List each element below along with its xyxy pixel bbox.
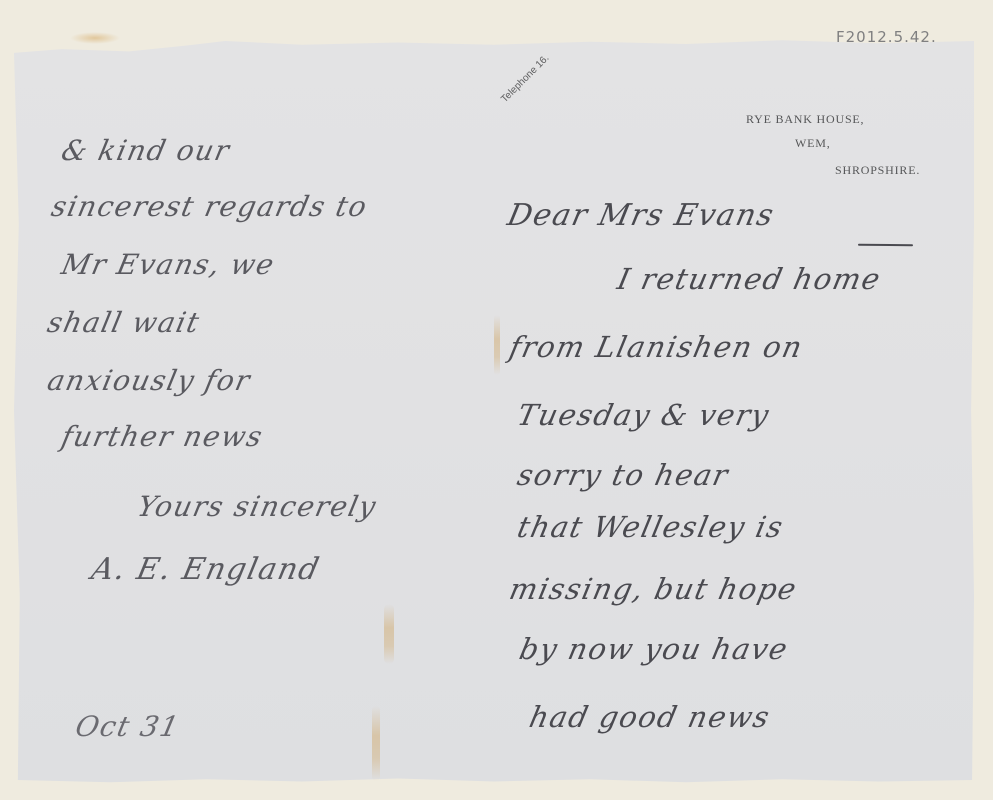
- letter-line: missing, but hope: [506, 572, 800, 606]
- letter-line: further news: [58, 420, 266, 453]
- letter-line: sorry to hear: [514, 458, 732, 492]
- letter-line: from Llanishen on: [506, 330, 806, 364]
- letter-line: shall wait: [44, 306, 203, 339]
- paper-edge-stain: [70, 32, 120, 44]
- letter-line: sincerest regards to: [48, 190, 370, 223]
- fold-stain-center: [494, 315, 500, 375]
- letterhead-county: SHROPSHIRE.: [835, 163, 920, 178]
- fold-stain-upper: [384, 604, 394, 664]
- closing: Yours sincerely: [134, 490, 379, 523]
- date: Oct 31: [72, 710, 182, 743]
- signature: A. E. England: [88, 552, 323, 587]
- letter-line: anxiously for: [44, 364, 254, 397]
- fold-stain-lower: [372, 706, 380, 781]
- letterhead-town: WEM,: [795, 136, 831, 151]
- letter-line: by now you have: [516, 632, 791, 666]
- letter-line: had good news: [526, 700, 773, 734]
- catalog-number: F2012.5.42.: [836, 28, 937, 46]
- letter-line: that Wellesley is: [514, 510, 787, 544]
- letterhead-house: RYE BANK HOUSE,: [746, 112, 864, 127]
- salutation: Dear Mrs Evans: [504, 198, 777, 233]
- letter-line: Tuesday & very: [514, 398, 773, 432]
- letter-line: & kind our: [58, 134, 233, 167]
- letter-line: I returned home: [614, 262, 884, 296]
- letter-line: Mr Evans, we: [58, 248, 278, 281]
